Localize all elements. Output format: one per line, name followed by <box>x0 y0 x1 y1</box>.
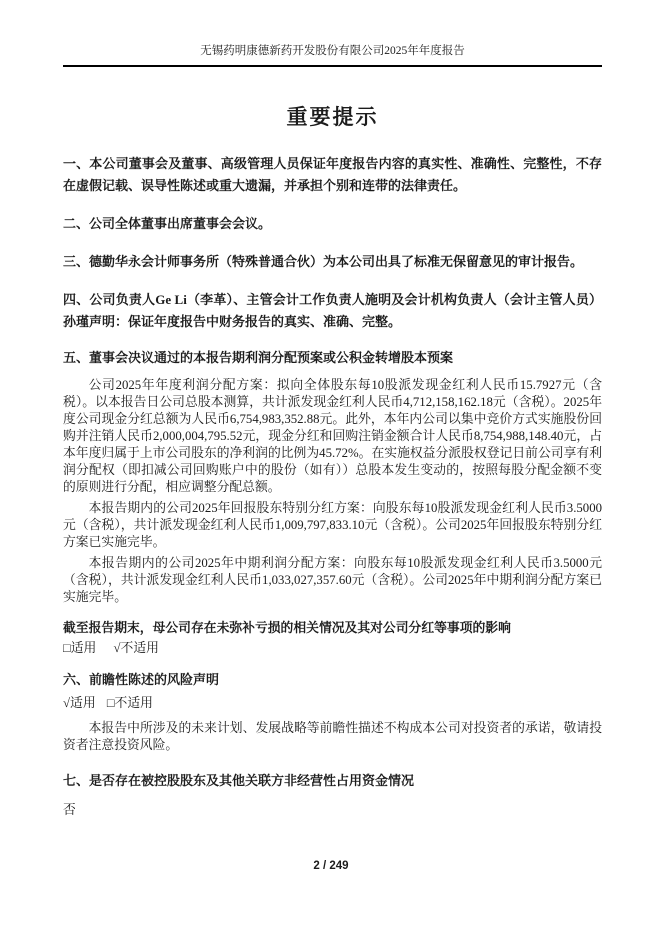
forward-statement-paragraph: 本报告中所涉及的未来计划、发展战略等前瞻性描述不构成本公司对投资者的承诺，敬请投… <box>63 720 602 754</box>
statement-audit-report: 三、德勤华永会计师事务所（特殊普通合伙）为本公司出具了标准无保留意见的审计报告。 <box>63 251 602 273</box>
section5-heading: 五、董事会决议通过的本报告期利润分配预案或公积金转增股本预案 <box>63 347 602 369</box>
uncovered-loss-heading: 截至报告期末，母公司存在未弥补亏损的相关情况及其对公司分红等事项的影响 <box>63 618 602 638</box>
interim-profit-distribution-paragraph: 本报告期内的公司2025年中期利润分配方案：向股东每10股派发现金红利人民币3.… <box>63 555 602 606</box>
section6-heading: 六、前瞻性陈述的风险声明 <box>63 669 602 691</box>
statement-financial-declaration: 四、公司负责人Ge Li（李革）、主管会计工作负责人施明及会计机构负责人（会计主… <box>63 289 602 333</box>
uncovered-loss-not-applicable-option: √不适用 <box>114 641 159 655</box>
uncovered-loss-applicable-option: □适用 <box>63 641 96 655</box>
statement-directors-attendance: 二、公司全体董事出席董事会会议。 <box>63 213 602 235</box>
section7-heading: 七、是否存在被控股股东及其他关联方非经营性占用资金情况 <box>63 770 602 792</box>
annual-profit-distribution-paragraph: 公司2025年年度利润分配方案：拟向全体股东每10股派发现金红利人民币15.79… <box>63 377 602 496</box>
report-page: 无锡药明康德新药开发股份有限公司2025年年度报告 重要提示 一、本公司董事会及… <box>0 0 662 936</box>
forward-statement-applicable-option: √适用 <box>63 696 96 710</box>
page-title: 重要提示 <box>63 103 602 131</box>
special-dividend-paragraph: 本报告期内的公司2025年回报股东特别分红方案：向股东每10股派发现金红利人民币… <box>63 500 602 551</box>
forward-statement-applicability: √适用 □不适用 <box>63 695 602 712</box>
report-header-title: 无锡药明康德新药开发股份有限公司2025年年度报告 <box>63 44 602 67</box>
statement-board-guarantee: 一、本公司董事会及董事、高级管理人员保证年度报告内容的真实性、准确性、完整性，不… <box>63 153 602 197</box>
page-content: 一、本公司董事会及董事、高级管理人员保证年度报告内容的真实性、准确性、完整性，不… <box>63 153 602 819</box>
section7-answer: 否 <box>63 802 602 819</box>
uncovered-loss-applicability: □适用 √不适用 <box>63 640 602 657</box>
page-number: 2 / 249 <box>0 860 662 872</box>
forward-statement-not-applicable-option: □不适用 <box>107 696 153 710</box>
